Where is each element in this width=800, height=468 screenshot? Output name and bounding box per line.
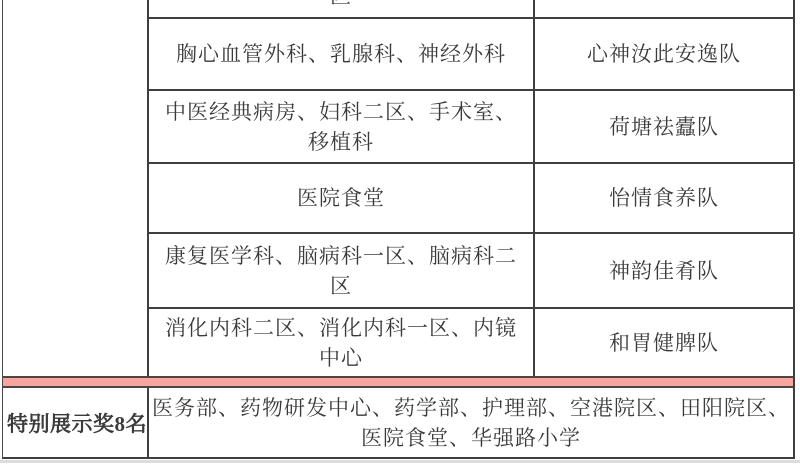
- department-cell-partial: 区: [149, 0, 535, 17]
- department-cell: 胸心血管外科、乳腺科、神经外科: [149, 19, 535, 89]
- section-divider-band: [3, 376, 793, 388]
- special-award-recipients: 医务部、药物研发中心、药学部、护理部、空港院区、田阳院区、医院食堂、华强路小学: [149, 388, 793, 457]
- table-row: 康复医学科、脑病科一区、脑病科二区 神韵佳肴队: [149, 232, 793, 307]
- team-cell: 和胃健脾队: [535, 309, 793, 376]
- team-cell: 怡情食养队: [535, 164, 793, 232]
- clipped-character: 区: [149, 0, 533, 7]
- team-cell: 神韵佳肴队: [535, 234, 793, 307]
- team-cell: 荷塘祛蠹队: [535, 91, 793, 162]
- table-bottom-shadow: [0, 460, 800, 463]
- table-row: 胸心血管外科、乳腺科、神经外科 心神汝此安逸队: [149, 17, 793, 89]
- table-row-partial: 区: [149, 0, 793, 17]
- table-row: 中医经典病房、妇科二区、手术室、移植科 荷塘祛蠹队: [149, 89, 793, 162]
- awards-table: 区 胸心血管外科、乳腺科、神经外科 心神汝此安逸队 中医经典病房、妇科二区、手术…: [2, 0, 795, 459]
- table-top-section: 区 胸心血管外科、乳腺科、神经外科 心神汝此安逸队 中医经典病房、妇科二区、手术…: [3, 0, 793, 376]
- department-cell: 医院食堂: [149, 164, 535, 232]
- department-cell: 康复医学科、脑病科一区、脑病科二区: [149, 234, 535, 307]
- department-cell: 中医经典病房、妇科二区、手术室、移植科: [149, 91, 535, 162]
- team-cell: 心神汝此安逸队: [535, 19, 793, 89]
- table-row: 医院食堂 怡情食养队: [149, 162, 793, 232]
- department-cell: 消化内科二区、消化内科一区、内镜中心: [149, 309, 535, 376]
- team-cell-partial: [535, 0, 793, 17]
- merged-left-cell: [3, 0, 149, 376]
- table-row: 消化内科二区、消化内科一区、内镜中心 和胃健脾队: [149, 307, 793, 376]
- special-award-label: 特别展示奖8名: [3, 388, 149, 457]
- document-page: 区 胸心血管外科、乳腺科、神经外科 心神汝此安逸队 中医经典病房、妇科二区、手术…: [0, 0, 800, 468]
- special-award-row: 特别展示奖8名 医务部、药物研发中心、药学部、护理部、空港院区、田阳院区、医院食…: [3, 388, 793, 457]
- table-rows-container: 区 胸心血管外科、乳腺科、神经外科 心神汝此安逸队 中医经典病房、妇科二区、手术…: [149, 0, 793, 376]
